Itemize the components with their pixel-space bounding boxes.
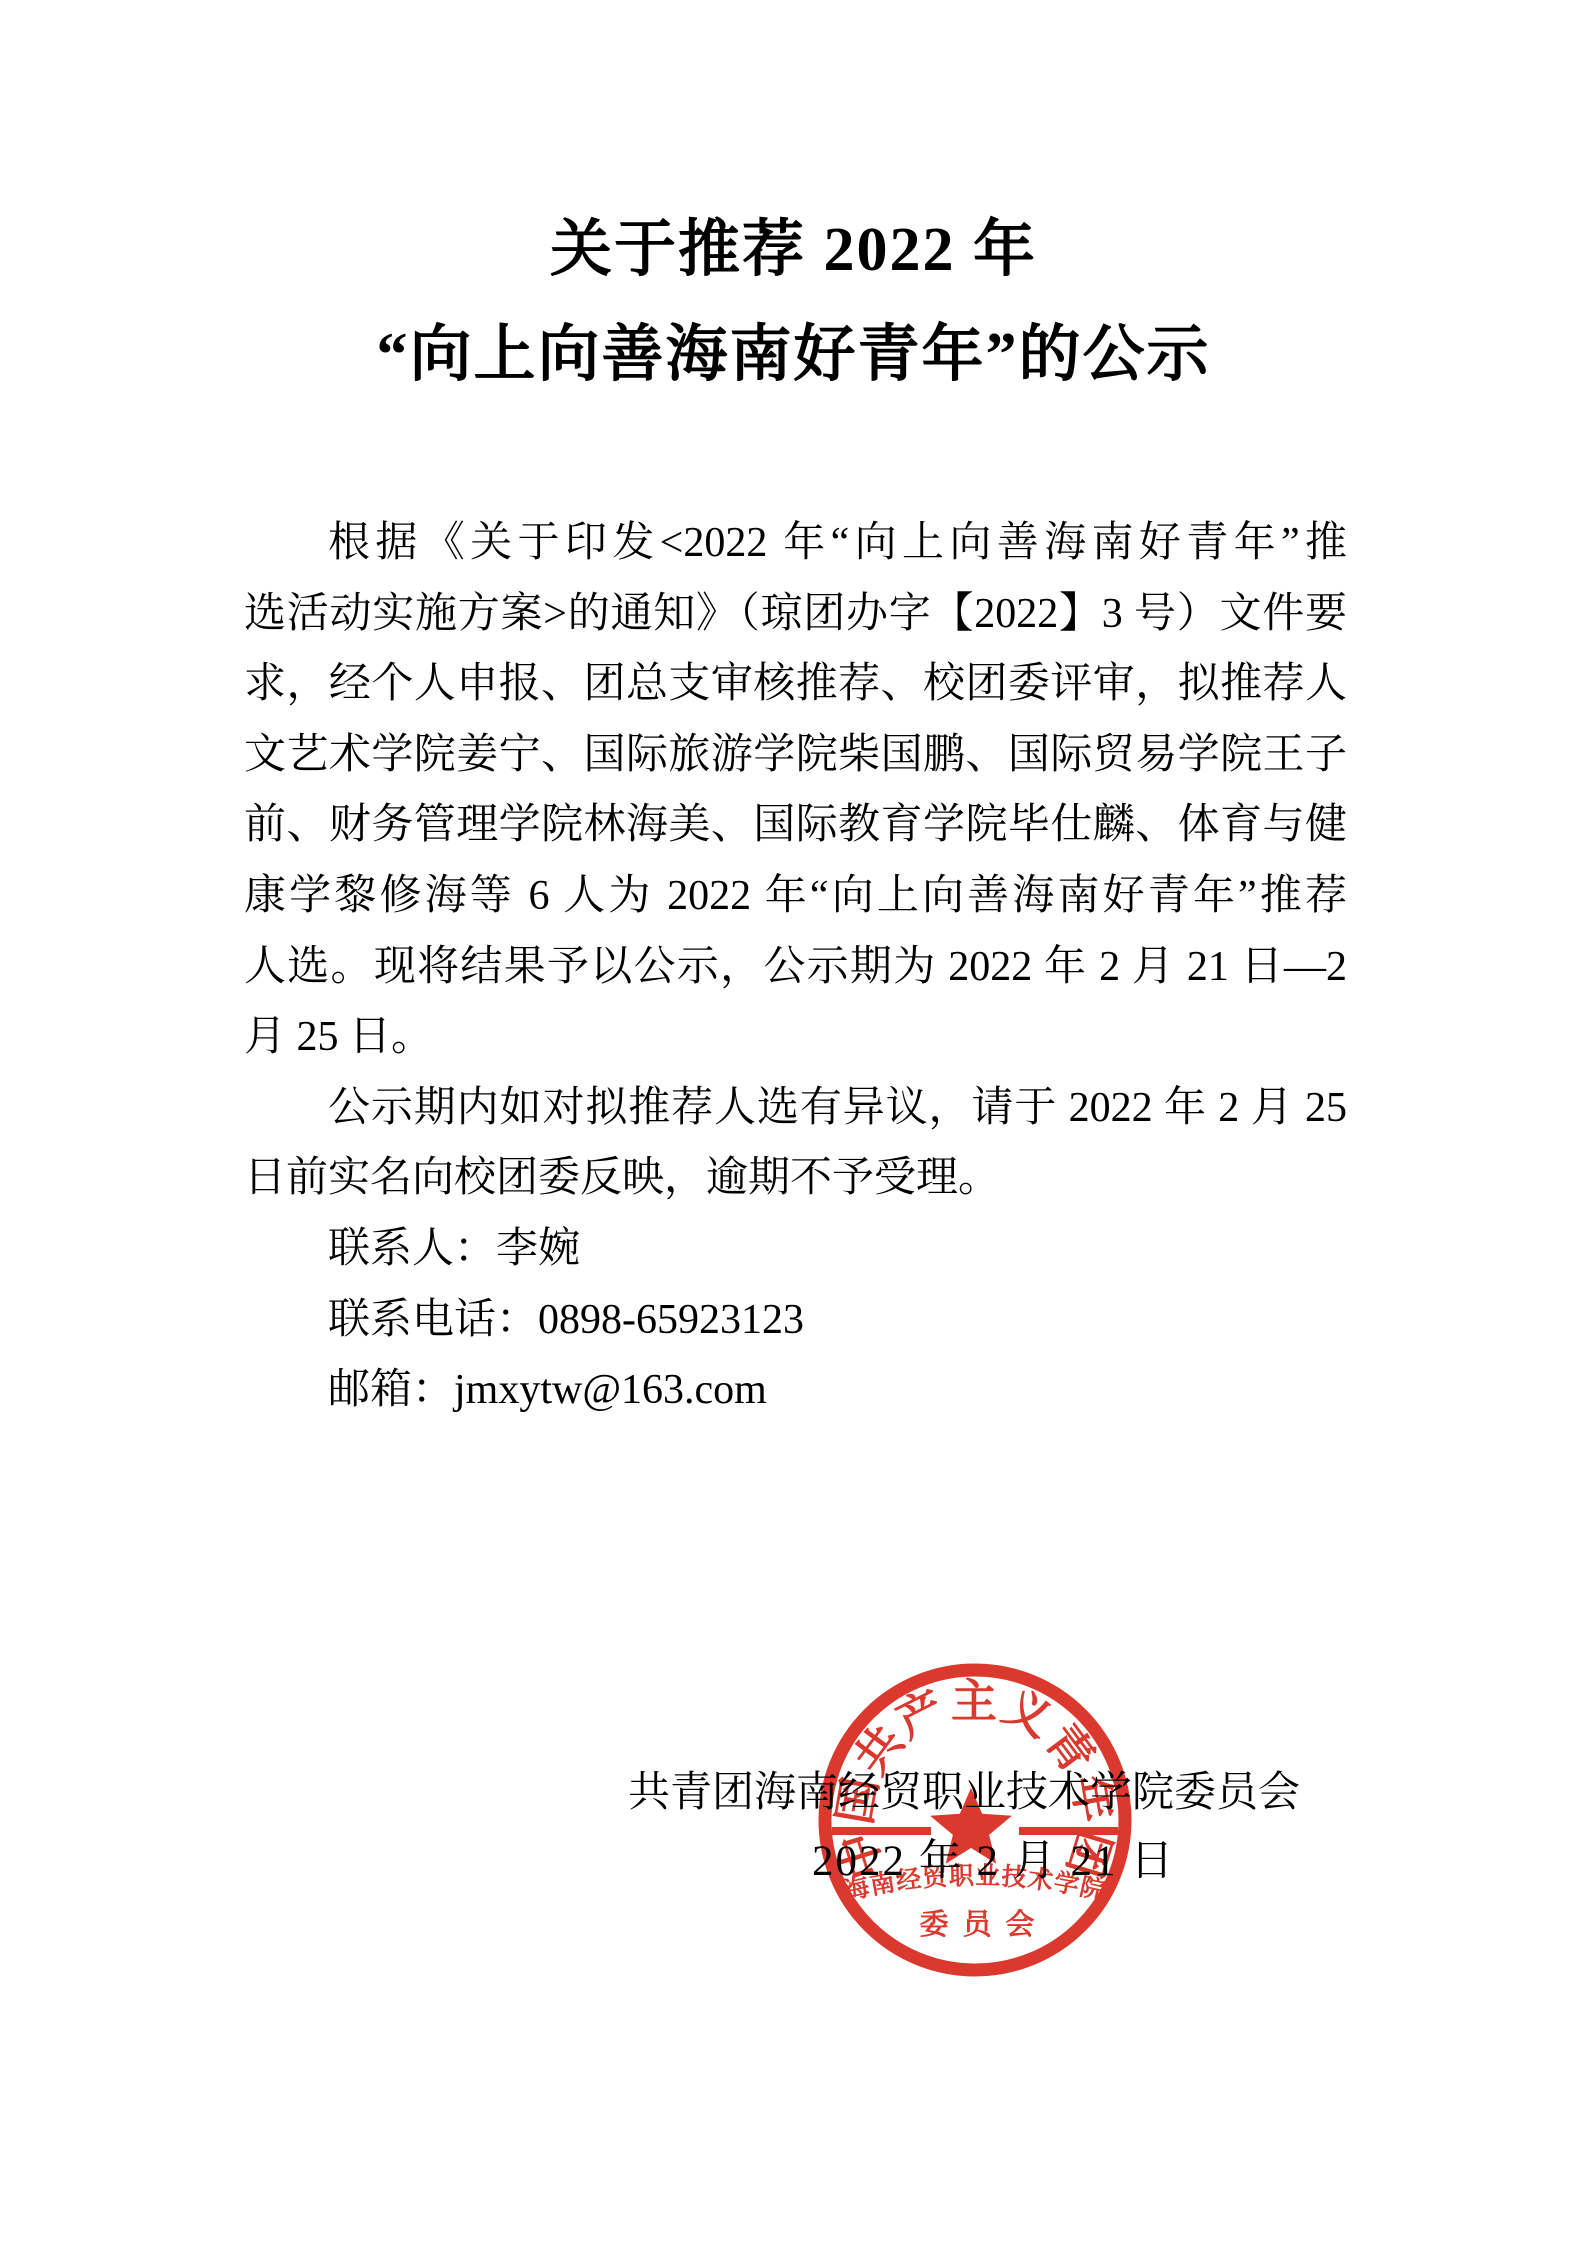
body-line: 求，经个人申报、团总支审核推荐、校团委评审，拟推荐人	[244, 649, 1347, 720]
title-line-1: 关于推荐 2022 年	[0, 198, 1587, 303]
body-line: 月 25 日。	[244, 1002, 1347, 1073]
body-line: 康学黎修海等 6 人为 2022 年“向上向善海南好青年”推荐	[244, 861, 1347, 932]
body-line: 人选。现将结果予以公示，公示期为 2022 年 2 月 21 日—2	[244, 932, 1347, 1003]
document-title: 关于推荐 2022 年 “向上向善海南好青年”的公示	[0, 198, 1587, 408]
body-line: 公示期内如对拟推荐人选有异议，请于 2022 年 2 月 25	[244, 1073, 1347, 1144]
signature-date: 2022 年 2 月 21 日	[812, 1838, 1175, 1886]
seal-right-bar	[1019, 1827, 1118, 1835]
contact-phone-line: 联系电话：0898-65923123	[244, 1285, 1347, 1356]
body-line: 日前实名向校团委反映，逾期不予受理。	[244, 1143, 1347, 1214]
contact-person-line: 联系人：李婉	[244, 1214, 1347, 1285]
signature-org: 共青团海南经贸职业技术学院委员会	[628, 1769, 1328, 1817]
body-line: 选活动实施方案>的通知》（琼团办字【2022】3 号）文件要	[244, 579, 1347, 650]
contact-email-line: 邮箱：jmxytw@163.com	[244, 1355, 1347, 1426]
title-line-2: “向上向善海南好青年”的公示	[0, 303, 1587, 408]
official-seal: 中国共产主义青年团 海南经贸职业技术学院 委员会	[813, 1660, 1137, 1980]
seal-committee-text: 委员会	[919, 1908, 1048, 1941]
body-line: 前、财务管理学院林海美、国际教育学院毕仕麟、体育与健	[244, 790, 1347, 861]
body-line: 根据《关于印发<2022 年“向上向善海南好青年”推	[244, 508, 1347, 579]
document-body: 根据《关于印发<2022 年“向上向善海南好青年”推 选活动实施方案>的通知》（…	[244, 508, 1347, 1426]
seal-left-bar	[832, 1827, 931, 1835]
body-line: 文艺术学院姜宁、国际旅游学院柴国鹏、国际贸易学院王子	[244, 720, 1347, 791]
announcement-page: 关于推荐 2022 年 “向上向善海南好青年”的公示 根据《关于印发<2022 …	[0, 0, 1587, 2245]
